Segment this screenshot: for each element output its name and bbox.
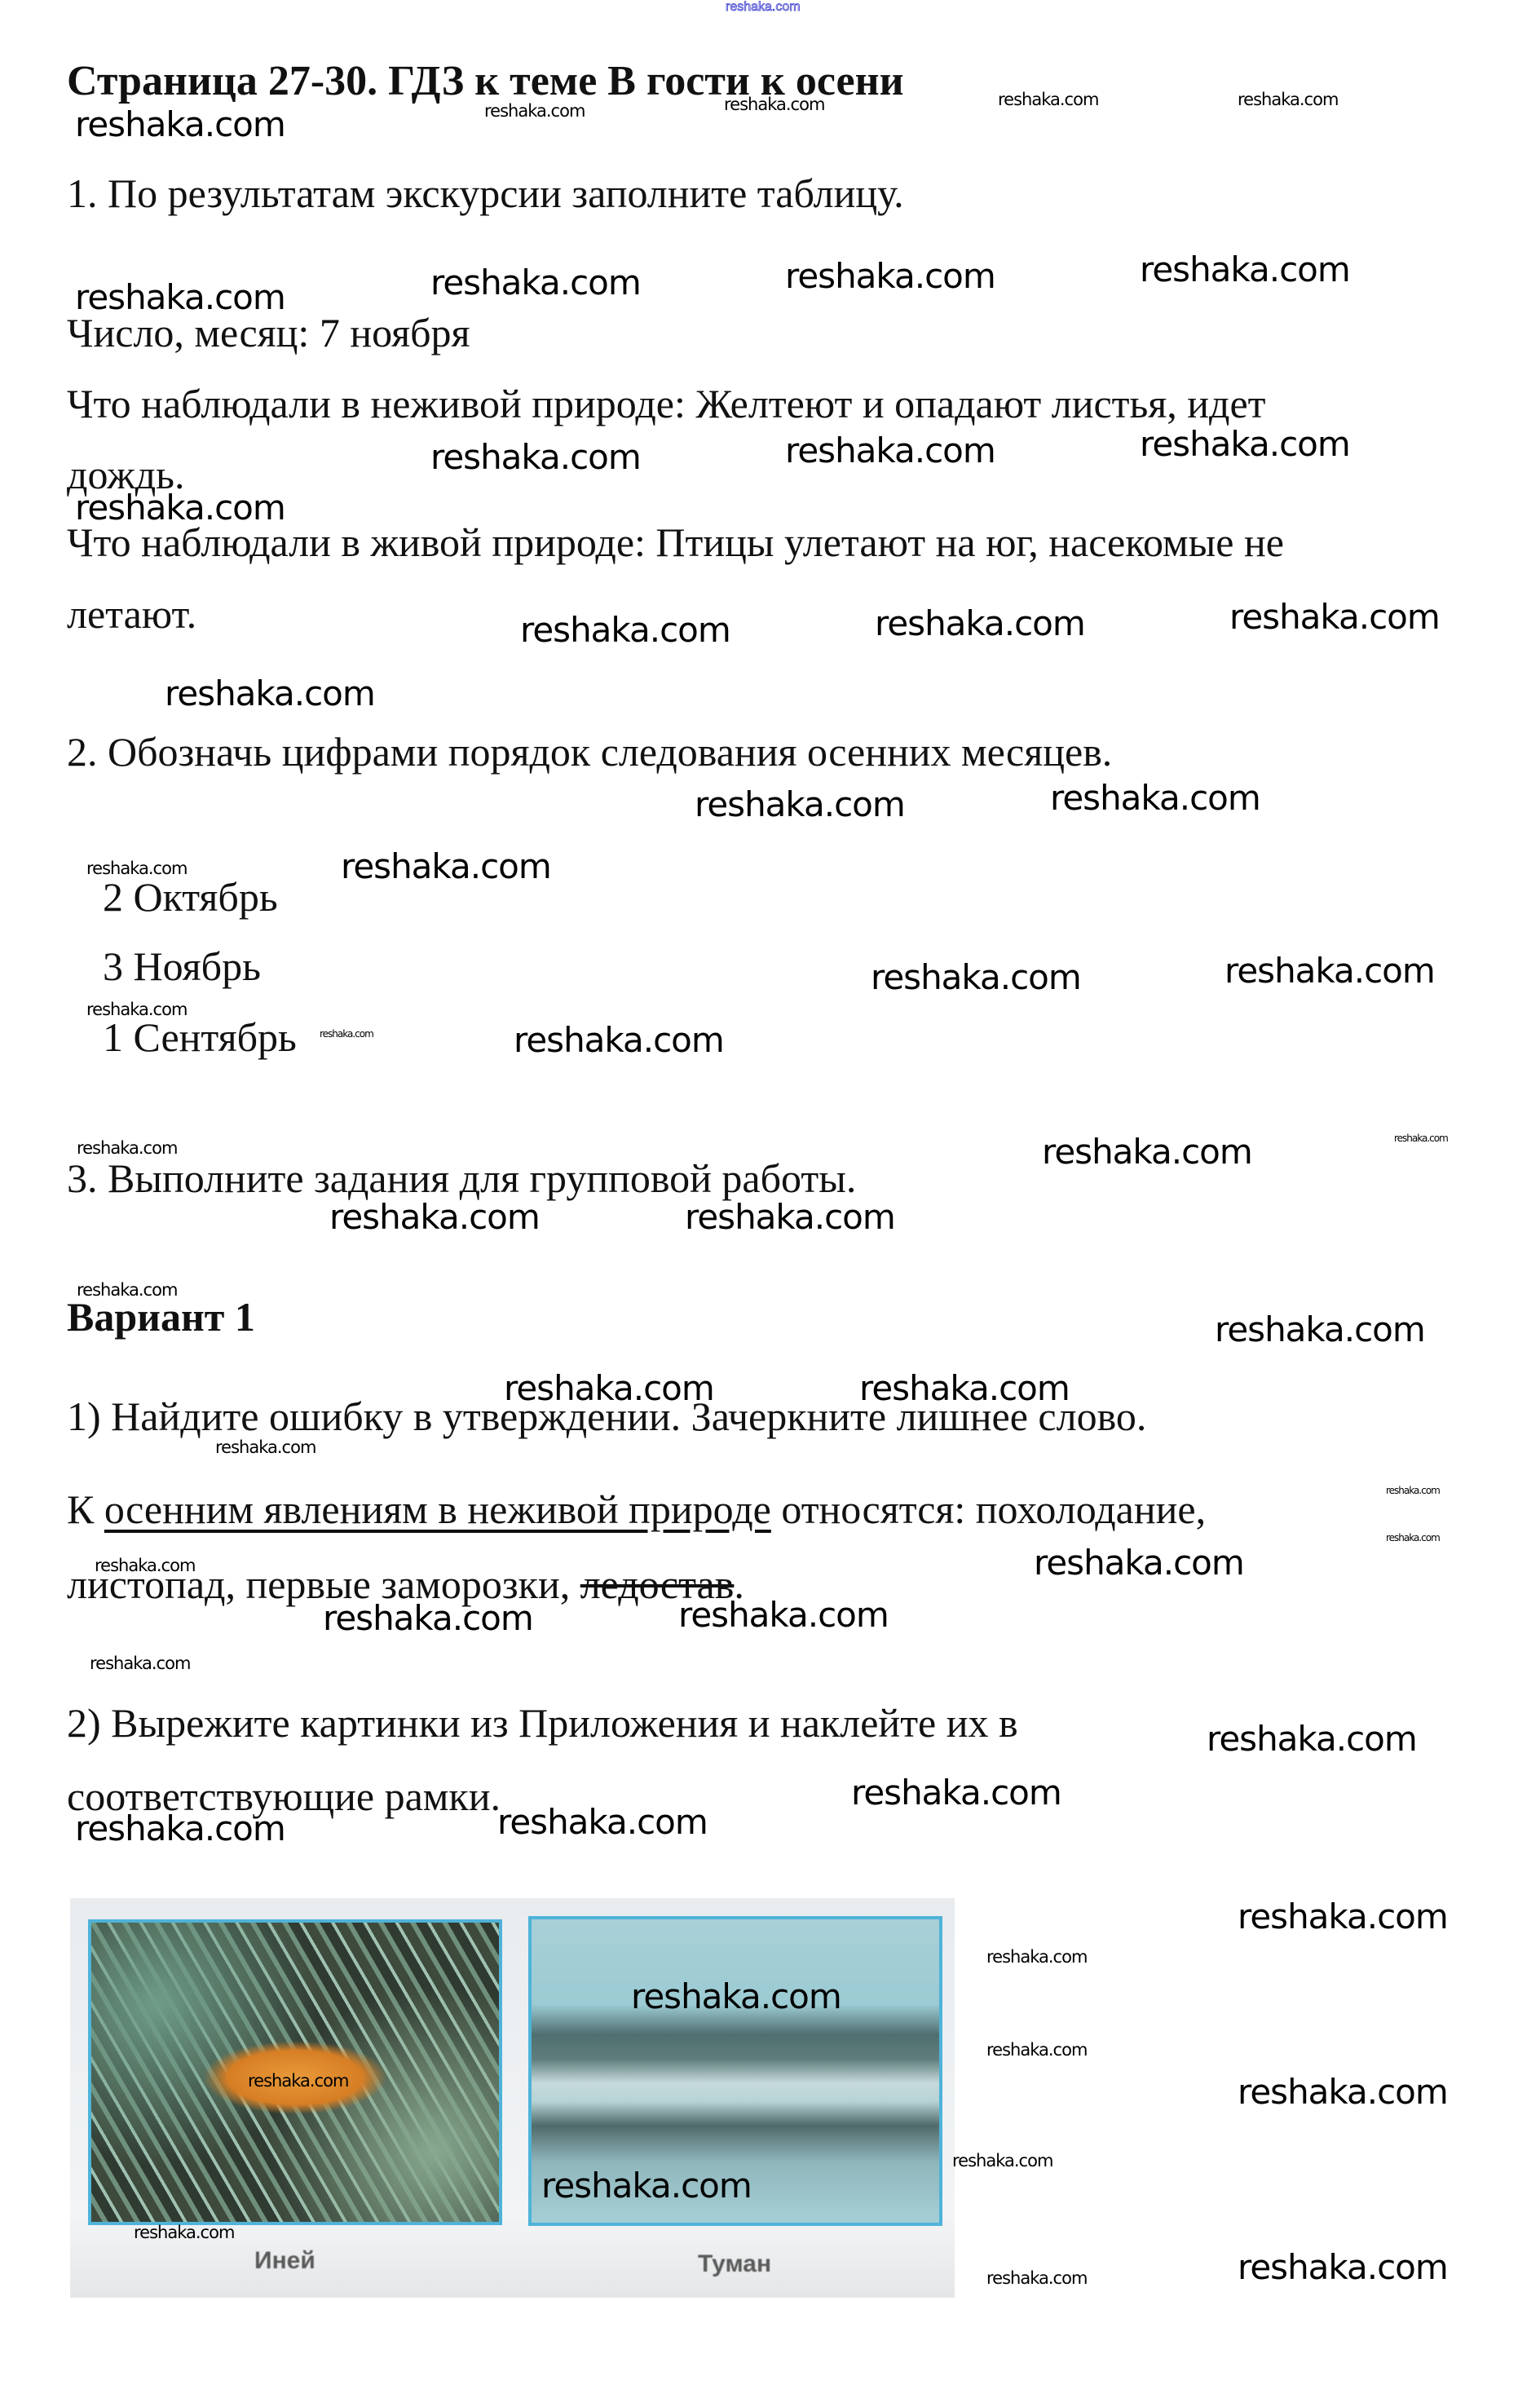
watermark: reshaka.com (497, 1805, 708, 1839)
watermark: reshaka.com (785, 434, 995, 468)
watermark: reshaka.com (329, 1200, 540, 1234)
watermark: reshaka.com (1215, 1313, 1425, 1347)
watermark: reshaka.com (1394, 1133, 1448, 1143)
watermark: reshaka.com (90, 1655, 190, 1672)
nonliving-line-1: Что наблюдали в неживой природе: Желтеют… (67, 383, 1266, 424)
month-item: 3 Ноябрь (103, 946, 261, 987)
watermark: reshaka.com (875, 607, 1085, 641)
watermark: reshaka.com (75, 108, 285, 142)
watermark: reshaka.com (986, 1949, 1087, 1966)
watermark: reshaka.com (95, 1557, 195, 1574)
watermark: reshaka.com (1386, 1533, 1440, 1543)
watermark: reshaka.com (1238, 2250, 1448, 2285)
watermark: reshaka.com (1224, 954, 1435, 988)
watermark: reshaka.com (86, 860, 187, 877)
watermark: reshaka.com (134, 2224, 234, 2241)
watermark: reshaka.com (430, 266, 641, 300)
watermark: reshaka.com (952, 2153, 1052, 2170)
watermark: reshaka.com (871, 960, 1081, 995)
watermark: reshaka.com (541, 2169, 752, 2203)
task2-heading: 2. Обозначь цифрами порядок следования о… (67, 731, 1112, 772)
watermark: reshaka.com (1207, 1722, 1417, 1756)
living-line-2: летают. (67, 594, 196, 634)
watermark: reshaka.com (724, 96, 824, 113)
living-line-1: Что наблюдали в живой природе: Птицы уле… (67, 522, 1284, 563)
statement-line-1: К осенним явлениям в неживой природе отн… (67, 1489, 1206, 1530)
watermark: reshaka.com (86, 1001, 187, 1018)
watermark: reshaka.com (1050, 781, 1260, 815)
watermark: reshaka.com (77, 1282, 177, 1299)
watermark: reshaka.com (165, 677, 375, 711)
watermark: reshaka.com (986, 2270, 1087, 2287)
variant-heading: Вариант 1 (67, 1296, 255, 1337)
watermark: reshaka.com (859, 1371, 1070, 1406)
watermark: reshaka.com (631, 1980, 841, 2014)
watermark: reshaka.com (248, 2073, 348, 2090)
watermark: reshaka.com (75, 491, 285, 525)
watermark: reshaka.com (215, 1439, 316, 1456)
watermark: reshaka.com (77, 1140, 177, 1157)
watermark: reshaka.com (695, 788, 905, 822)
watermark: reshaka.com (851, 1776, 1061, 1810)
watermark: reshaka.com (430, 440, 641, 475)
month-item: 2 Октябрь (103, 877, 278, 917)
watermark: reshaka.com (484, 103, 585, 120)
watermark: reshaka.com (678, 1598, 889, 1632)
watermark: reshaka.com (75, 1812, 285, 1846)
watermark: reshaka.com (1238, 1900, 1448, 1934)
statement-prefix: К (67, 1486, 104, 1532)
watermark: reshaka.com (1034, 1546, 1244, 1580)
watermark: reshaka.com (1386, 1486, 1440, 1495)
watermark: reshaka.com (341, 850, 551, 884)
task3-heading: 3. Выполните задания для групповой работ… (67, 1158, 856, 1199)
watermark: reshaka.com (504, 1371, 714, 1406)
task1-heading: 1. По результатам экскурсии заполните та… (67, 173, 904, 214)
watermark: reshaka.com (75, 280, 285, 315)
watermark: reshaka.com (323, 1601, 533, 1636)
watermark: reshaka.com (1042, 1135, 1252, 1169)
watermark: reshaka.com (1140, 427, 1350, 461)
watermark: reshaka.com (1238, 91, 1338, 108)
watermark: reshaka.com (320, 1029, 373, 1039)
top-watermark: reshaka.com (726, 0, 801, 15)
watermark: reshaka.com (1140, 253, 1350, 287)
date-line: Число, месяц: 7 ноября (67, 312, 470, 353)
watermark: reshaka.com (1238, 2075, 1448, 2109)
watermark: reshaka.com (785, 259, 995, 294)
watermark: reshaka.com (1229, 600, 1440, 634)
underlined-phrase: осенним явлениям в неживой природе (104, 1486, 771, 1532)
watermark: reshaka.com (986, 2042, 1087, 2059)
statement-suffix: относятся: похолодание, (771, 1486, 1206, 1532)
watermark: reshaka.com (685, 1200, 895, 1234)
sub2-line-1: 2) Вырежите картинки из Приложения и нак… (67, 1702, 1018, 1743)
frost-caption: Иней (254, 2247, 316, 2275)
watermark: reshaka.com (520, 613, 730, 647)
watermark: reshaka.com (998, 91, 1098, 108)
watermark: reshaka.com (514, 1023, 724, 1058)
fog-caption: Туман (698, 2250, 771, 2278)
month-item: 1 Сентябрь (103, 1017, 297, 1058)
